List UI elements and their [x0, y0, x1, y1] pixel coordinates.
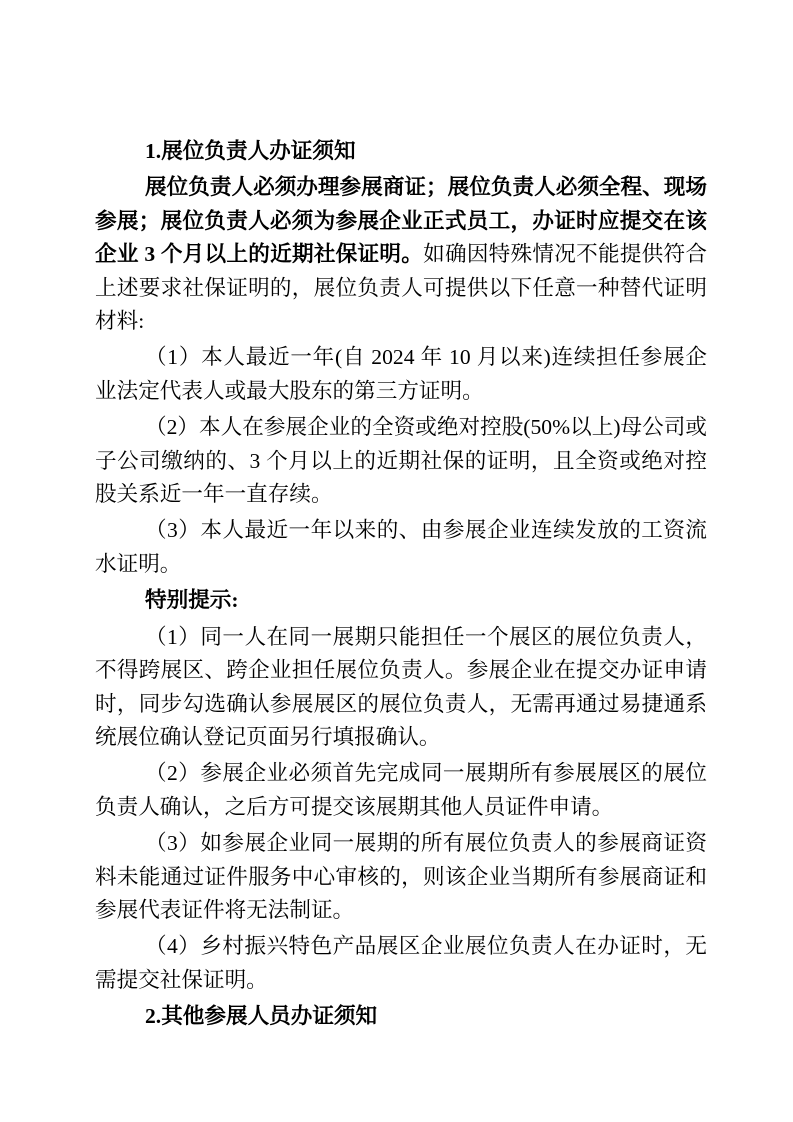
intro-paragraph: 展位负责人必须办理参展商证；展位负责人必须全程、现场参展；展位负责人必须为参展企…	[95, 171, 707, 338]
special-note-2: （2）参展企业必须首先完成同一展期所有参展展区的展位负责人确认，之后方可提交该展…	[95, 757, 707, 824]
special-note-4: （4）乡村振兴特色产品展区企业展位负责人在办证时，无需提交社保证明。	[95, 930, 707, 997]
alternative-item-1: （1）本人最近一年(自 2024 年 10 月以来)连续担任参展企业法定代表人或…	[95, 341, 707, 408]
alternative-item-3: （3）本人最近一年以来的、由参展企业连续发放的工资流水证明。	[95, 514, 707, 581]
alternative-item-2: （2）本人在参展企业的全资或绝对控股(50%以上)母公司或子公司缴纳的、3 个月…	[95, 411, 707, 511]
document-page: 1.展位负责人办证须知 展位负责人必须办理参展商证；展位负责人必须全程、现场参展…	[0, 0, 793, 1122]
special-note-label: 特别提示:	[95, 584, 707, 617]
document-content: 1.展位负责人办证须知 展位负责人必须办理参展商证；展位负责人必须全程、现场参展…	[95, 135, 707, 1034]
section-2-heading: 2.其他参展人员办证须知	[95, 1000, 707, 1033]
section-1-heading: 1.展位负责人办证须知	[95, 135, 707, 168]
special-note-3: （3）如参展企业同一展期的所有展位负责人的参展商证资料未能通过证件服务中心审核的…	[95, 827, 707, 927]
special-note-1: （1）同一人在同一展期只能担任一个展区的展位负责人，不得跨展区、跨企业担任展位负…	[95, 621, 707, 755]
